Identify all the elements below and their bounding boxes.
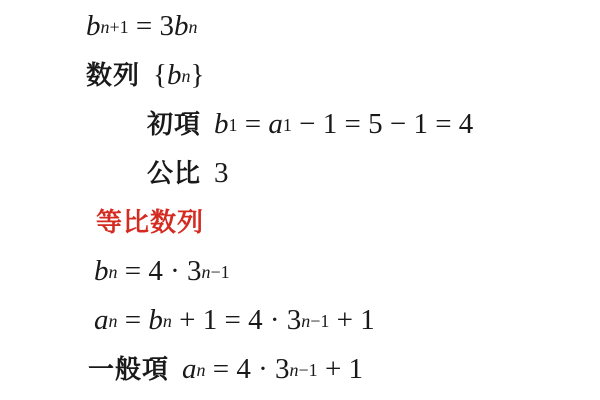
label-text: 一般項 (88, 357, 169, 383)
line-recurrence-relation: bn+1 = 3bn (86, 2, 600, 51)
math-token: b (94, 257, 109, 286)
math-token: n (301, 311, 310, 331)
math-token: n (189, 18, 198, 36)
math-token: = (238, 110, 269, 139)
math-token: −1 (211, 262, 230, 282)
math-token: 1 (229, 115, 238, 135)
math-token: +1 (110, 17, 129, 37)
math-token: n (189, 17, 198, 37)
math-token: n (181, 67, 190, 85)
math-token: = 4 · 3 (206, 355, 290, 384)
math-token: n (109, 263, 118, 281)
math-token: n (109, 262, 118, 282)
math-token: n+1 (101, 18, 129, 36)
label-text: 公比 (147, 161, 201, 187)
math-token: 1 (229, 116, 238, 134)
math-token: n (181, 66, 190, 86)
math-token: a (94, 306, 109, 335)
math-token: b (174, 12, 189, 41)
math-token: −1 (299, 360, 318, 380)
math-token: + 1 (329, 306, 374, 335)
math-token: n−1 (202, 263, 230, 281)
line-first-term: 初項b1 = a1 − 1 = 5 − 1 = 4 (86, 100, 600, 149)
label-text: 数列 (86, 63, 140, 89)
math-token: n (109, 312, 118, 330)
math-token: } (190, 61, 204, 90)
math-token: n (290, 360, 299, 380)
math-token: n (163, 311, 172, 331)
math-token: + 1 (318, 355, 363, 384)
math-token: − 1 = 5 − 1 = 4 (292, 110, 473, 139)
line-common-ratio: 公比3 (86, 149, 600, 198)
math-token: = (118, 306, 149, 335)
math-token: b (214, 110, 229, 139)
math-token: 1 (283, 115, 292, 135)
line-geometric-sequence-heading: 等比数列 (86, 198, 600, 247)
math-token: n−1 (301, 312, 329, 330)
math-token: b (86, 12, 101, 41)
math-token: b (167, 61, 182, 90)
math-token: n (197, 360, 206, 380)
line-sequence-label: 数列{bn} (86, 51, 600, 100)
line-bn-general-formula: bn = 4 · 3n−1 (86, 247, 600, 296)
math-token: 3 (214, 159, 229, 188)
line-general-term: 一般項an = 4 · 3n−1 + 1 (86, 345, 600, 394)
math-token: a (182, 355, 197, 384)
math-token: n (197, 361, 206, 379)
math-token: n (101, 17, 110, 37)
line-an-from-bn: an = bn + 1 = 4 · 3n−1 + 1 (86, 296, 600, 345)
math-token: n (163, 312, 172, 330)
math-token: n (202, 262, 211, 282)
math-token: n (109, 311, 118, 331)
math-token: + 1 = 4 · 3 (172, 306, 301, 335)
math-token: a (268, 110, 283, 139)
label-text: 初項 (147, 112, 201, 138)
math-notes-document: bn+1 = 3bn 数列{bn} 初項b1 = a1 − 1 = 5 − 1 … (0, 0, 600, 400)
math-token: −1 (310, 311, 329, 331)
math-token: n−1 (290, 361, 318, 379)
math-token: b (148, 306, 163, 335)
label-text: 等比数列 (96, 210, 204, 236)
math-token: { (153, 61, 167, 90)
math-token: = 3 (129, 12, 174, 41)
math-token: = 4 · 3 (118, 257, 202, 286)
math-token: 1 (283, 116, 292, 134)
